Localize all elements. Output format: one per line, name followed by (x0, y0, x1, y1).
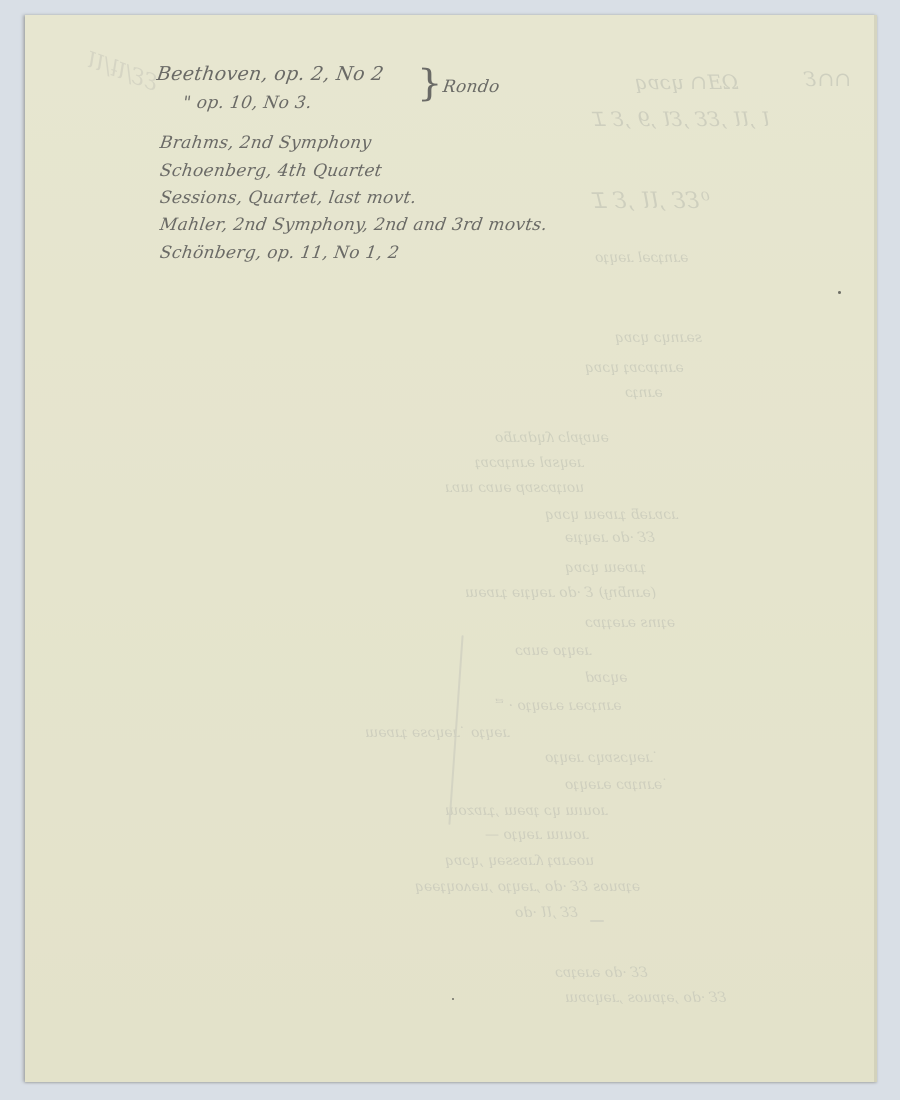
bleed-through-mark (590, 920, 604, 922)
bleed-through-mark: ƐƐ ·do ɹǝɥʇıǝ (565, 530, 656, 546)
bleed-through-mark: ɹɔɐɹǝƃ ʇɹɐǝɯ ɥɔɐq (545, 507, 678, 523)
bleed-through-mark: ΩƎ∩ ɥɔɐq (635, 70, 738, 94)
bleed-through-mark: ƐƐ ·do ‚ǝʇɐuos ‚ɹǝɥɔɐɯ (565, 990, 727, 1006)
ink-dot (452, 998, 454, 1000)
bleed-through-mark: ǝɹnʇɔǝl ɹǝɥʇo (595, 250, 688, 266)
bleed-through-mark: ƐƐ/Ɩƚ/ƖƖ (83, 48, 162, 97)
list-item: Schönberg, op. 11, No 1, 2 (159, 243, 401, 263)
bleed-through-mark: ɹǝɥsɐl ǝɹnʇɐɔɐʇ (475, 455, 584, 471)
bleed-through-mark: ɹouıɯ ɥɔ ʇɐǝɯ ‚ʇɹɐzoɯ (445, 803, 607, 819)
bleed-through-mark: ǝɹnʇɔǝɹ ǝɹǝɥʇo ·ᄅ (495, 695, 622, 715)
bleed-through-mark: ǝʇɐuos ƐƐ ·do ‚ɹǝɥʇo ‚uǝʌoɥʇǝǝq (415, 879, 640, 895)
bleed-through-mark: ˙ɹǝɥɔsɐɥɔ ɹǝɥʇo (545, 750, 659, 766)
list-item: Schoenberg, 4th Quartet (159, 161, 384, 181)
bleed-through-mark: ⁰ƐƐ ‚ƖƖ ‚Ɛ Ɪ (595, 185, 710, 215)
ink-dot (838, 291, 841, 294)
paper-sheet: ΩƎ∩ ɥɔɐq ∩∩Ɛ Ɩ ‚ƖƖ ‚ƐƐ ‚ƐƖ ‚9 ‚Ɛ Ɪ ⁰ƐƐ ‚… (25, 15, 877, 1082)
bracket-note: Rondo (442, 77, 501, 97)
list-item: Brahms, 2nd Symphony (159, 133, 373, 153)
bleed-through-mark: uoıʇɐɔsɐp ǝuɐɔ ɯɐɹ (445, 480, 584, 496)
list-item: Mahler, 2nd Symphony, 2nd and 3rd movts. (159, 215, 549, 235)
bleed-through-mark: ǝuɐɟɐlɔ ʎɥdɐɹƃo (495, 430, 609, 446)
bleed-through-mark: ɹǝɥʇo ǝuɐɔ (515, 643, 591, 659)
bleed-through-mark: ∩∩Ɛ (805, 67, 851, 91)
bleed-through-mark: ǝɥɔɐd (585, 670, 627, 686)
list-item: " op. 10, No 3. (182, 93, 314, 113)
bleed-through-mark: ƐƐ ·do ǝɹǝʇɐɔ (555, 965, 649, 981)
list-item: Beethoven, op. 2, No 2 (155, 63, 385, 85)
list-item: Sessions, Quartet, last movt. (159, 188, 418, 208)
bleed-through-mark: ɹouıɯ ɹǝɥʇo — (485, 827, 588, 843)
bleed-through-mark: ƐƐ ‚ƖƖ ·do (515, 905, 579, 921)
bleed-through-mark: sǝɹnɥɔ ɥɔɐq (615, 330, 702, 346)
bleed-through-mark: ˙ǝɹnʇɐɔ ǝɹǝɥʇo (565, 777, 669, 793)
bleed-through-mark: ǝɹnʇɐɔɐʇ ɥɔɐq (585, 360, 684, 376)
bleed-through-mark: uoǝɹɐʇ ʎɹɐssǝɥ ‚ɥɔɐq (445, 853, 594, 869)
bleed-through-mark: ʇɹɐǝɯ ɥɔɐq (565, 560, 646, 576)
bracket-brace: } (417, 63, 442, 104)
bleed-through-mark: ɹǝɥʇo ˙ɹǝɥɔsǝ ʇɹɐǝɯ (365, 725, 509, 741)
bleed-through-mark: ǝʇıns ǝɹǝʇʇɐɔ (585, 615, 675, 631)
bleed-through-mark: (ǝɹnƃnɟ) Ɛ ·do ɹǝɥʇıǝ ʇɹɐǝɯ (465, 585, 656, 601)
bleed-through-mark: ǝɹnʇɔ (625, 385, 663, 401)
bleed-through-mark: Ɩ ‚ƖƖ ‚ƐƐ ‚ƐƖ ‚9 ‚Ɛ Ɪ (595, 105, 770, 132)
